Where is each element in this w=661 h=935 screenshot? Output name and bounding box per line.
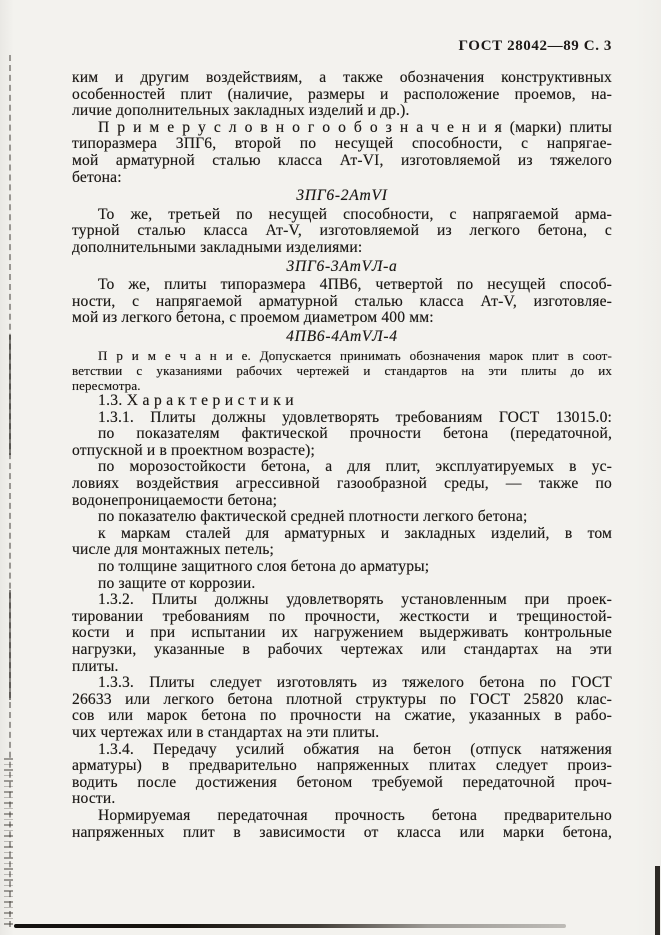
text-line: 26633 или легкого бетона плотной структу… <box>72 692 612 709</box>
text-line: по морозостойкости бетона, а для плит, э… <box>72 459 612 476</box>
text-line: по толщине защитного слоя бетона до арма… <box>72 559 612 576</box>
text-line: 1.3.2. Плиты должны удовлетворять устано… <box>72 592 612 609</box>
text-line: ветствии с указаниями рабочих чертежей и… <box>72 363 612 378</box>
scanned-document-page: ГОСТ 28042—89 С. 3 ким и другим воздейст… <box>0 0 661 935</box>
text-line: 1.3. Х а р а к т е р и с т и к и <box>72 393 612 410</box>
bottom-scan-line <box>14 924 566 928</box>
text-line: ности, с напрягаемой арматурной сталью к… <box>72 294 612 311</box>
text-line: арматуры) в предварительно напряженных п… <box>72 758 612 775</box>
text-line: бетона: <box>72 170 612 187</box>
text-line: отпускной и в проектном возрасте); <box>72 443 612 460</box>
page-body: ким и другим воздействиям, а также обозн… <box>72 70 612 841</box>
text-line: по показателям фактической прочности бет… <box>72 426 612 443</box>
text-line: То же, третьей по несущей способности, с… <box>72 207 612 224</box>
text-line: напряженных плит в зависимости от класса… <box>72 825 612 842</box>
text-line: П р и м е ч а н и е. Допускается принима… <box>72 348 612 363</box>
text-line: мой из легкого бетона, с проемом диаметр… <box>72 310 612 327</box>
text-line: чих чертежах или в стандартах на эти пли… <box>72 725 612 742</box>
text-line: водить после достижения бетоном требуемо… <box>72 775 612 792</box>
text-line: пересмотра. <box>72 378 612 393</box>
binding-edge-dark-segment <box>9 590 11 700</box>
text-line: То же, плиты типоразмера 4ПВ6, четвертой… <box>72 277 612 294</box>
text-line: мой арматурной сталью класса Ат-VI, изго… <box>72 153 612 170</box>
text-line: по показателю фактической средней плотно… <box>72 509 612 526</box>
text-line: по защите от коррозии. <box>72 576 612 593</box>
right-edge-mark <box>655 866 660 935</box>
text-line: водонепроницаемости бетона; <box>72 493 612 510</box>
text-line: ловиях воздействия агрессивной газообраз… <box>72 476 612 493</box>
text-line: 1.3.3. Плиты следует изготовлять из тяже… <box>72 675 612 692</box>
text-line: плиты. <box>72 659 612 676</box>
text-line: к маркам сталей для арматурных и закладн… <box>72 526 612 543</box>
text-line: кости и при испытании их нагружением выд… <box>72 625 612 642</box>
text-line: 4ПВ6-4АтVЛ-4 <box>72 329 612 346</box>
text-line: особенностей плит (наличие, размеры и ра… <box>72 87 612 104</box>
text-line: типоразмера 3ПГ6, второй по несущей спос… <box>72 136 612 153</box>
text-line: 3ПГ6-3АтVЛ-а <box>72 259 612 276</box>
text-line: П р и м е р у с л о в н о г о о б о з н … <box>72 120 612 137</box>
text-line: дополнительными закладными изделиями: <box>72 240 612 257</box>
text-line: ности. <box>72 791 612 808</box>
text-line: турной сталью класса Ат-V, изготовляемой… <box>72 223 612 240</box>
text-line: числе для монтажных петель; <box>72 542 612 559</box>
text-line: тировании требованиям по прочности, жест… <box>72 609 612 626</box>
text-line: 1.3.1. Плиты должны удовлетворять требов… <box>72 410 612 427</box>
text-line: ким и другим воздействиям, а также обозн… <box>72 70 612 87</box>
margin-stamp <box>4 758 13 926</box>
text-line: Нормируемая передаточная прочность бетон… <box>72 808 612 825</box>
binding-edge-dark-segment <box>9 335 11 455</box>
text-line: нагрузки, указанные в рабочих чертежах и… <box>72 642 612 659</box>
text-line: 1.3.4. Передачу усилий обжатия на бетон … <box>72 742 612 759</box>
text-line: 3ПГ6-2АтVI <box>72 188 612 205</box>
page-header: ГОСТ 28042—89 С. 3 <box>459 38 613 55</box>
text-line: сов или марок бетона по прочности на сжа… <box>72 708 612 725</box>
text-line: личие дополнительных закладных изделий и… <box>72 103 612 120</box>
